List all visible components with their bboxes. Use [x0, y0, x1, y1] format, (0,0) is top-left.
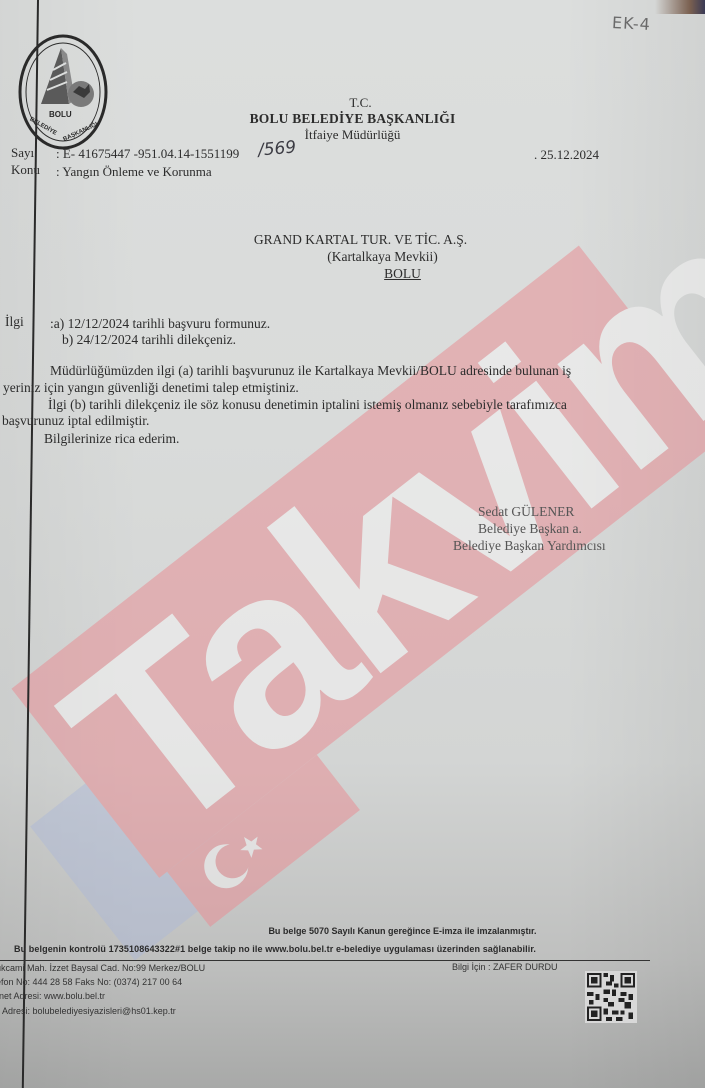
body-closing: Bilgilerinize rica ederim.: [44, 431, 179, 447]
footer-divider: [0, 960, 650, 961]
signatory-title-1: Belediye Başkan a.: [478, 521, 582, 537]
reference-b: b) 24/12/2024 tarihli dilekçeniz.: [62, 332, 236, 348]
qr-code-icon[interactable]: [585, 968, 637, 1026]
sayi-value: : E- 41675447 -951.04.14-1551199: [56, 146, 239, 162]
document-date: . 25.12.2024: [534, 147, 599, 163]
konu-label: Konu: [11, 162, 40, 178]
footer-address: ükcami Mah. İzzet Baysal Cad. No:99 Merk…: [0, 963, 205, 973]
sayi-handwritten-note: /569: [257, 137, 297, 160]
verification-note: Bu belgenin kontrolü 1735108643322#1 bel…: [14, 944, 536, 954]
konu-value: : Yangın Önleme ve Korunma: [56, 164, 212, 180]
body-paragraph-1-line-1: Müdürlüğümüzden ilgi (a) tarihli başvuru…: [50, 363, 571, 379]
footer-contact: Bilgi İçin : ZAFER DURDU: [452, 962, 558, 972]
reference-label: İlgi: [5, 314, 24, 330]
signatory-title-2: Belediye Başkan Yardımcısı: [453, 538, 606, 554]
footer-web: rnet Adresi: www.bolu.bel.tr: [0, 991, 105, 1001]
sayi-label: Sayı: [11, 145, 34, 161]
letterhead-department: İtfaiye Müdürlüğü: [0, 127, 705, 143]
paper-corner-shadow: [655, 0, 705, 14]
body-paragraph-2-line-2: başvurunuz iptal edilmiştir.: [2, 413, 149, 429]
esign-note: Bu belge 5070 Sayılı Kanun gereğince E-i…: [0, 926, 705, 936]
footer-kep: Adresi: bolubelediyesiyazisleri@hs01.kep…: [2, 1006, 176, 1016]
body-paragraph-1-line-2: yeriniz için yangın güvenliği denetimi t…: [3, 380, 299, 396]
crescent-star-icon: [195, 822, 273, 897]
reference-a: :a) 12/12/2024 tarihli başvuru formunuz.: [50, 316, 270, 332]
recipient-city: BOLU: [0, 266, 705, 282]
letterhead-institution: BOLU BELEDİYE BAŞKANLIĞI: [0, 111, 705, 127]
letterhead-country: T.C.: [0, 95, 705, 111]
handwritten-annex-note: EK-4: [612, 13, 652, 34]
body-paragraph-2-line-1: İlgi (b) tarihli dilekçeniz ile söz konu…: [48, 397, 567, 413]
signatory-name: Sedat GÜLENER: [478, 504, 574, 520]
footer-phone: efon No: 444 28 58 Faks No: (0374) 217 0…: [0, 977, 182, 987]
recipient-name: GRAND KARTAL TUR. VE TİC. A.Ş.: [0, 232, 705, 248]
recipient-location: (Kartalkaya Mevkii): [0, 249, 705, 265]
